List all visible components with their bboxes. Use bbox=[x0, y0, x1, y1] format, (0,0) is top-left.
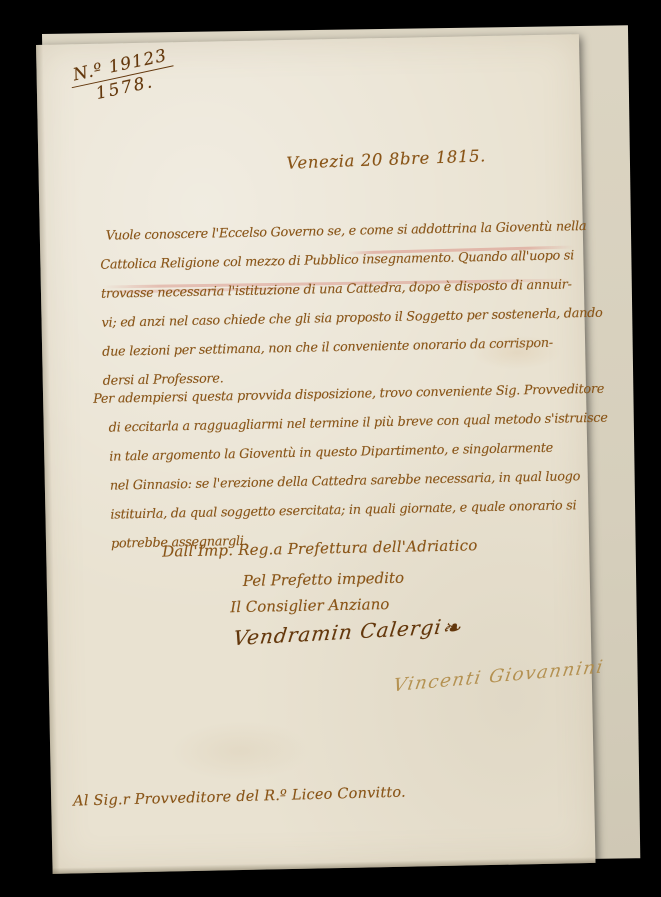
signature-text: Vendramin Calergi bbox=[232, 615, 443, 650]
registry-number: N.º 19123 1578. bbox=[67, 45, 177, 109]
signature-vendramin-calergi: Vendramin Calergi❧ bbox=[232, 614, 463, 654]
closing-councillor-line: Il Consiglier Anziano bbox=[230, 595, 389, 616]
signature-flourish: ❧ bbox=[440, 616, 463, 642]
paper-sheet: N.º 19123 1578. Venezia 20 8bre 1815. Vu… bbox=[36, 34, 596, 874]
counter-signature: Vincenti Giovannini bbox=[392, 656, 606, 696]
address-line: Al Sig.r Provveditore del R.º Liceo Conv… bbox=[73, 785, 406, 810]
date-line: Venezia 20 8bre 1815. bbox=[286, 146, 486, 172]
letter-paragraph-1: Vuole conoscere l'Eccelso Governo se, e … bbox=[100, 212, 604, 396]
letter-paragraph-2: Per adempiersi questa provvida disposizi… bbox=[93, 375, 610, 559]
scan-background: N.º 19123 1578. Venezia 20 8bre 1815. Vu… bbox=[0, 0, 661, 897]
closing-prefect-line: Pel Prefetto impedito bbox=[243, 569, 405, 590]
paper-stain bbox=[170, 720, 311, 783]
